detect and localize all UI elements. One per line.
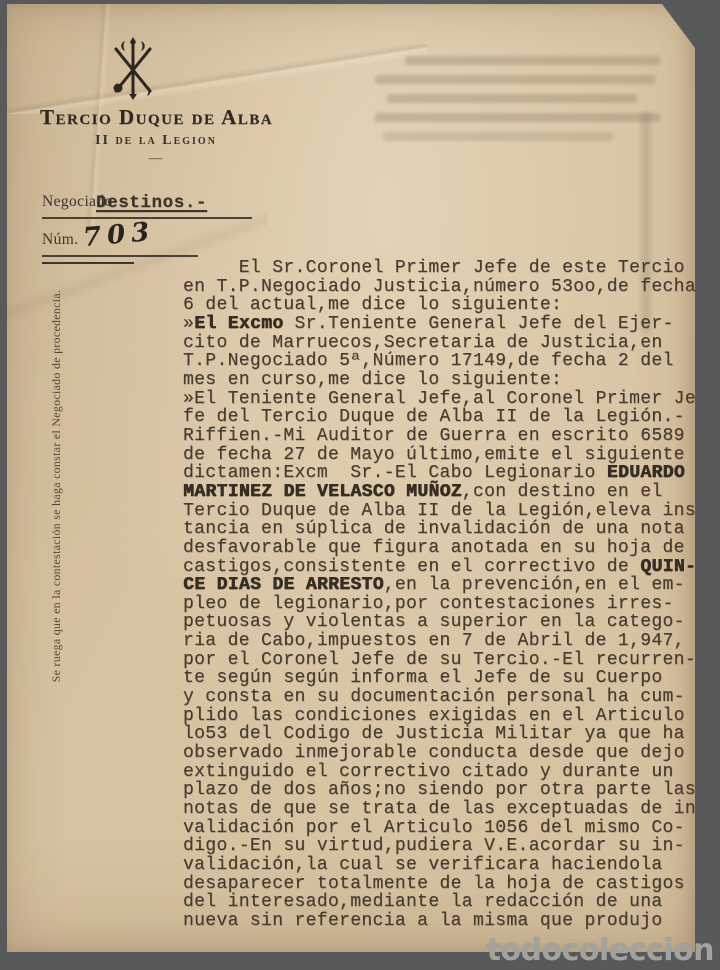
unit-subtitle: II de la Legion xyxy=(40,133,272,149)
typed-line: »El Teniente General Jefe,al Coronel Pri… xyxy=(183,390,695,409)
divider-dash: — xyxy=(40,151,272,167)
typed-line: fe del Tercio Duque de Alba II de la Leg… xyxy=(183,408,695,427)
typed-line: cito de Marruecos,Secretaria de Justicia… xyxy=(183,334,695,353)
typed-line: te según según informa el Jefe de su Cue… xyxy=(183,669,695,688)
num-underline-2 xyxy=(42,262,134,264)
ink-bleed-through xyxy=(375,56,675,151)
typed-line: MARTINEZ DE VELASCO MUÑOZ,con destino en… xyxy=(183,483,695,502)
typed-line: pleo de legionario,por contestaciones ir… xyxy=(183,595,695,614)
typed-letter-body: El Sr.Coronel Primer Jefe de este Tercio… xyxy=(183,259,695,931)
handwritten-number: 703 xyxy=(82,217,157,253)
typed-line: validación por el Articulo 1056 del mism… xyxy=(183,819,695,838)
typed-line: y consta en su documentación personal ha… xyxy=(183,688,695,707)
typed-line: dictamen:Excm Sr.-El Cabo Legionario EDU… xyxy=(183,464,695,483)
typed-line: T.P.Negociado 5ª,Número 17149,de fecha 2… xyxy=(183,352,695,371)
typed-line: lo53 del Codigo de Justicia Militar ya q… xyxy=(183,725,695,744)
typed-line: notas de que se trata de las exceptuadas… xyxy=(183,800,695,819)
typed-line: validación,la cual se verificara haciend… xyxy=(183,856,695,875)
typed-line: mes en curso,me dice lo siguiente: xyxy=(183,371,695,390)
typed-line: castigos,consistente en el correctivo de… xyxy=(183,558,695,577)
typed-line: observado inmejorable conducta desde que… xyxy=(183,744,695,763)
typed-line: tancia en súplica de invalidación de una… xyxy=(183,520,695,539)
num-underline xyxy=(42,255,198,257)
watermark-logo: todocoleccion xyxy=(487,933,714,968)
typed-line: CE DIAS DE ARRESTO,en la prevención,en e… xyxy=(183,576,695,595)
typed-line: plazo de dos años;no siendo por otra par… xyxy=(183,781,695,800)
typed-line: nueva sin referencia a la misma que prod… xyxy=(183,912,695,931)
negociado-value: Destinos.- xyxy=(96,193,207,213)
typed-line: 6 del actual,me dice lo siguiente: xyxy=(183,296,695,315)
paper-crease xyxy=(7,44,427,114)
typed-line: petuosas y violentas a superior en la ca… xyxy=(183,613,695,632)
document-paper: Tercio Duque de Alba II de la Legion — N… xyxy=(7,4,695,952)
typed-line: en T.P.Negociado Justicia,número 53oo,de… xyxy=(183,278,695,297)
typed-line: digo.-En su virtud,pudiera V.E.acordar s… xyxy=(183,837,695,856)
typed-line: de fecha 27 de Mayo último,emite el sigu… xyxy=(183,446,695,465)
photo-frame: Tercio Duque de Alba II de la Legion — N… xyxy=(0,0,720,970)
typed-line: »El Excmo Sr.Teniente General Jefe del E… xyxy=(183,315,695,334)
typed-line: del interesado,mediante la redacción de … xyxy=(183,893,695,912)
typed-line: plido las condiciones exigidas en el Art… xyxy=(183,707,695,726)
unit-name: Tercio Duque de Alba xyxy=(40,105,272,130)
num-label: Núm. xyxy=(42,231,78,249)
typed-line: Tercio Duque de Alba II de la Legión,ele… xyxy=(183,502,695,521)
typed-line: por el Coronel Jefe de su Tercio.-El rec… xyxy=(183,651,695,670)
legion-crossed-weapons-icon xyxy=(103,36,163,104)
typed-line: Riffien.-Mi Auditor de Guerra en escrito… xyxy=(183,427,695,446)
typed-line: extinguido el correctivo citado y durant… xyxy=(183,763,695,782)
typed-line: desaparecer totalmente de la hoja de cas… xyxy=(183,875,695,894)
typed-line: El Sr.Coronel Primer Jefe de este Tercio xyxy=(183,259,695,278)
side-note-vertical: Se ruega que en la contestación se haga … xyxy=(49,278,65,694)
typed-line: desfavorable que figura anotada en su ho… xyxy=(183,539,695,558)
typed-line: ria de Cabo,impuestos en 7 de Abril de 1… xyxy=(183,632,695,651)
